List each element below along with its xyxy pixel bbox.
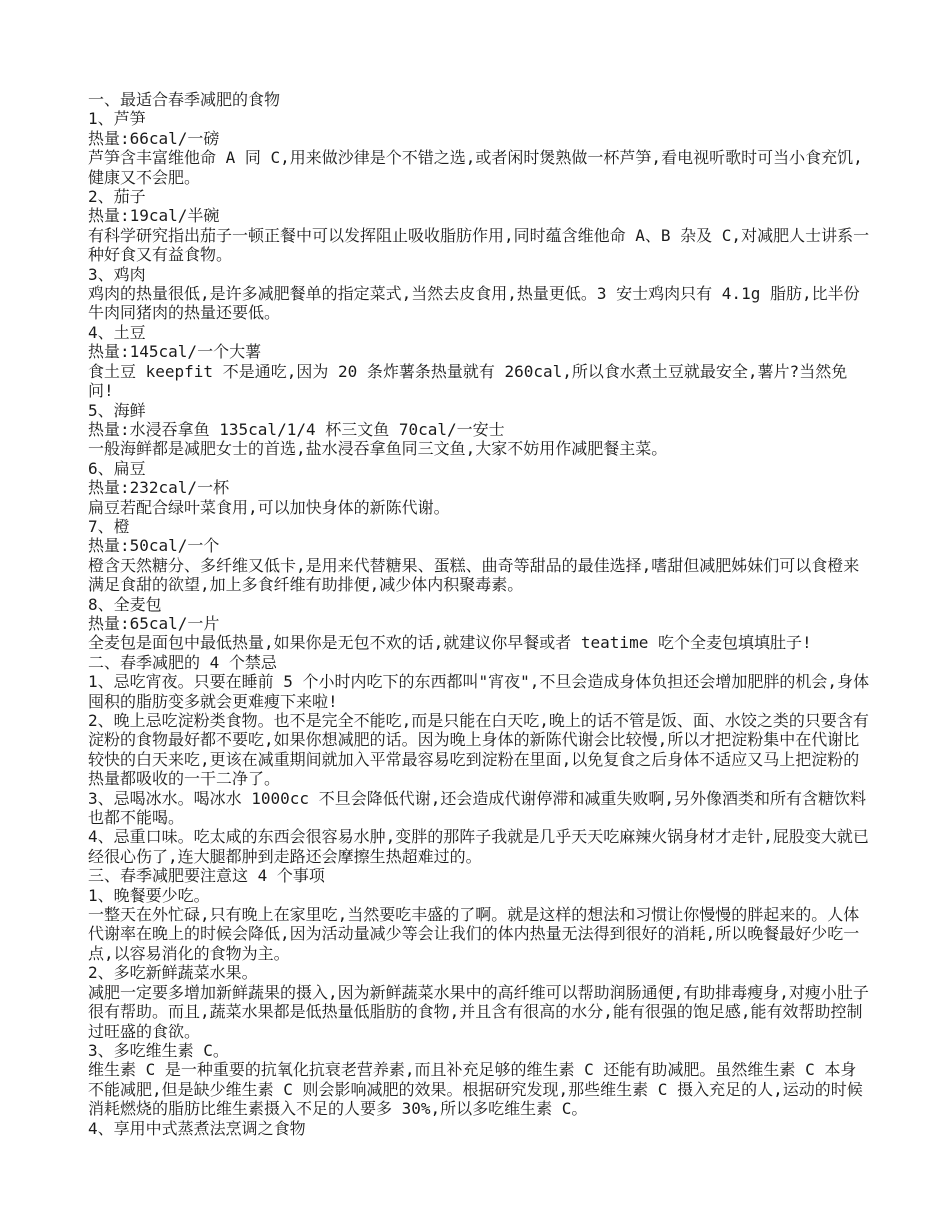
food-item-name: 2、茄子 [88,187,870,206]
tip-title: 1、晚餐要少吃。 [88,886,870,905]
food-item-description: 芦笋含丰富维他命 A 同 C,用来做沙律是个不错之选,或者闲时煲熟做一杯芦笋,看… [88,148,870,187]
food-item: 5、海鲜 热量:水浸吞拿鱼 135cal/1/4 杯三文鱼 70cal/一安士 … [88,401,870,459]
food-item-description: 有科学研究指出茄子一顿正餐中可以发挥阻止吸收脂肪作用,同时蕴含维他命 A、B 杂… [88,226,870,265]
food-item-calories: 热量:66cal/一磅 [88,129,870,148]
food-item-calories: 热量:145cal/一个大薯 [88,342,870,361]
food-item: 8、全麦包 热量:65cal/一片 全麦包是面包中最低热量,如果你是无包不欢的话… [88,595,870,653]
food-item-description: 食土豆 keepfit 不是通吃,因为 20 条炸薯条热量就有 260cal,所… [88,362,870,401]
food-item: 4、土豆 热量:145cal/一个大薯 食土豆 keepfit 不是通吃,因为 … [88,323,870,401]
tip-title: 3、多吃维生素 C。 [88,1041,870,1060]
taboo-item: 4、忌重口味。吃太咸的东西会很容易水肿,变胖的那阵子我就是几乎天天吃麻辣火锅身材… [88,827,870,866]
food-item: 1、芦笋 热量:66cal/一磅 芦笋含丰富维他命 A 同 C,用来做沙律是个不… [88,109,870,187]
food-item-name: 7、橙 [88,517,870,536]
food-item-calories: 热量:232cal/一杯 [88,478,870,497]
tip-item: 3、多吃维生素 C。 维生素 C 是一种重要的抗氧化抗衰老营养素,而且补充足够的… [88,1041,870,1119]
article-body: 一、最适合春季减肥的食物 1、芦笋 热量:66cal/一磅 芦笋含丰富维他命 A… [88,90,870,1138]
food-item: 6、扁豆 热量:232cal/一杯 扁豆若配合绿叶菜食用,可以加快身体的新陈代谢… [88,459,870,517]
food-item-description: 扁豆若配合绿叶菜食用,可以加快身体的新陈代谢。 [88,498,870,517]
food-item: 2、茄子 热量:19cal/半碗 有科学研究指出茄子一顿正餐中可以发挥阻止吸收脂… [88,187,870,265]
food-item-name: 8、全麦包 [88,595,870,614]
food-item-name: 4、土豆 [88,323,870,342]
taboo-item: 2、晚上忌吃淀粉类食物。也不是完全不能吃,而是只能在白天吃,晚上的话不管是饭、面… [88,711,870,789]
page: { "page": { "background_color": "#ffffff… [0,0,950,1230]
food-item-description: 全麦包是面包中最低热量,如果你是无包不欢的话,就建议你早餐或者 teatime … [88,633,870,652]
food-item: 7、橙 热量:50cal/一个 橙含天然糖分、多纤维又低卡,是用来代替糖果、蛋糕… [88,517,870,595]
tip-description: 一整天在外忙碌,只有晚上在家里吃,当然要吃丰盛的了啊。就是这样的想法和习惯让你慢… [88,905,870,963]
tip-item: 2、多吃新鲜蔬菜水果。 减肥一定要多增加新鲜蔬果的摄入,因为新鲜蔬菜水果中的高纤… [88,963,870,1041]
food-item-name: 5、海鲜 [88,401,870,420]
food-item-description: 鸡肉的热量很低,是许多减肥餐单的指定菜式,当然去皮食用,热量更低。3 安士鸡肉只… [88,284,870,323]
food-item-calories: 热量:水浸吞拿鱼 135cal/1/4 杯三文鱼 70cal/一安士 [88,420,870,439]
food-item-calories: 热量:65cal/一片 [88,614,870,633]
food-item: 3、鸡肉 鸡肉的热量很低,是许多减肥餐单的指定菜式,当然去皮食用,热量更低。3 … [88,265,870,323]
section-2-heading: 二、春季减肥的 4 个禁忌 [88,653,870,672]
food-item-description: 橙含天然糖分、多纤维又低卡,是用来代替糖果、蛋糕、曲奇等甜品的最佳选择,嗜甜但减… [88,556,870,595]
tip-title: 4、享用中式蒸煮法烹调之食物 [88,1119,870,1138]
food-item-name: 1、芦笋 [88,109,870,128]
tip-description: 维生素 C 是一种重要的抗氧化抗衰老营养素,而且补充足够的维生素 C 还能有助减… [88,1060,870,1118]
food-item-calories: 热量:19cal/半碗 [88,206,870,225]
food-item-name: 6、扁豆 [88,459,870,478]
section-3-heading: 三、春季减肥要注意这 4 个事项 [88,866,870,885]
food-item-name: 3、鸡肉 [88,265,870,284]
tip-title: 2、多吃新鲜蔬菜水果。 [88,963,870,982]
tip-item: 4、享用中式蒸煮法烹调之食物 [88,1119,870,1138]
section-1-heading: 一、最适合春季减肥的食物 [88,90,870,109]
taboo-item: 1、忌吃宵夜。只要在睡前 5 个小时内吃下的东西都叫"宵夜",不旦会造成身体负担… [88,672,870,711]
food-item-description: 一般海鲜都是减肥女士的首选,盐水浸吞拿鱼同三文鱼,大家不妨用作减肥餐主菜。 [88,439,870,458]
tip-item: 1、晚餐要少吃。 一整天在外忙碌,只有晚上在家里吃,当然要吃丰盛的了啊。就是这样… [88,886,870,964]
food-item-calories: 热量:50cal/一个 [88,536,870,555]
tip-description: 减肥一定要多增加新鲜蔬果的摄入,因为新鲜蔬菜水果中的高纤维可以帮助润肠通便,有助… [88,983,870,1041]
taboo-item: 3、忌喝冰水。喝冰水 1000cc 不旦会降低代谢,还会造成代谢停滞和减重失败啊… [88,789,870,828]
